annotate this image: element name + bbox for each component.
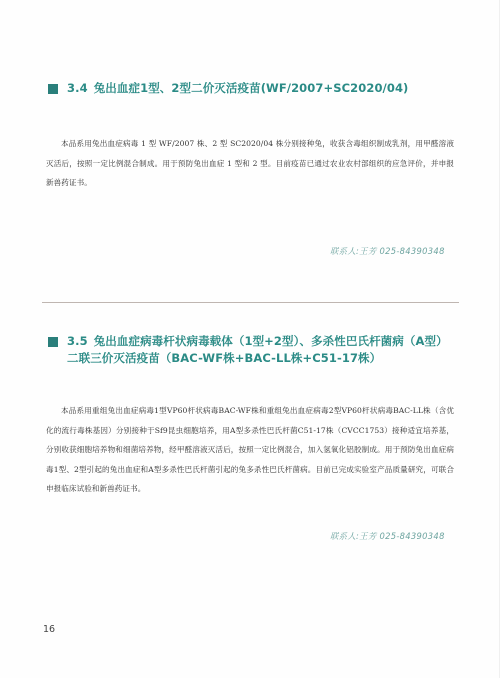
heading-square-bullet [48, 337, 58, 347]
heading-square-bullet [48, 84, 58, 94]
section-title-line-2: 二联三价灭活疫苗（BAC-WF株+BAC-LL株+C51-17株） [67, 350, 448, 367]
section-number: 3.5 [67, 334, 88, 348]
section-title: 兔出血症1型、2型二价灭活疫苗(WF/2007+SC2020/04) [94, 81, 409, 95]
document-page: 3.4兔出血症1型、2型二价灭活疫苗(WF/2007+SC2020/04) 本品… [0, 0, 500, 678]
heading-line: 3.5兔出血症病毒杆状病毒载体（1型+2型）、多杀性巴氏杆菌病（A型） [67, 333, 448, 350]
section-body-3-4: 本品系用兔出血症病毒 1 型 WF/2007 株、2 型 SC2020/04 株… [46, 134, 454, 193]
heading-line: 3.4兔出血症1型、2型二价灭活疫苗(WF/2007+SC2020/04) [67, 80, 408, 97]
section-title-line-1: 兔出血症病毒杆状病毒载体（1型+2型）、多杀性巴氏杆菌病（A型） [94, 334, 448, 348]
contact-info-3-4: 联系人:王芳 025-84390348 [330, 245, 445, 257]
page-number: 16 [43, 624, 55, 635]
section-heading-3-5: 3.5兔出血症病毒杆状病毒载体（1型+2型）、多杀性巴氏杆菌病（A型） 二联三价… [48, 333, 448, 367]
section-divider [42, 302, 459, 303]
section-number: 3.4 [67, 81, 88, 95]
section-body-3-5: 本品系用重组兔出血症病毒1型VP60杆状病毒BAC-WF株和重组兔出血症病毒2型… [46, 401, 454, 499]
contact-info-3-5: 联系人:王芳 025-84390348 [330, 530, 445, 542]
section-heading-3-4: 3.4兔出血症1型、2型二价灭活疫苗(WF/2007+SC2020/04) [48, 80, 408, 97]
